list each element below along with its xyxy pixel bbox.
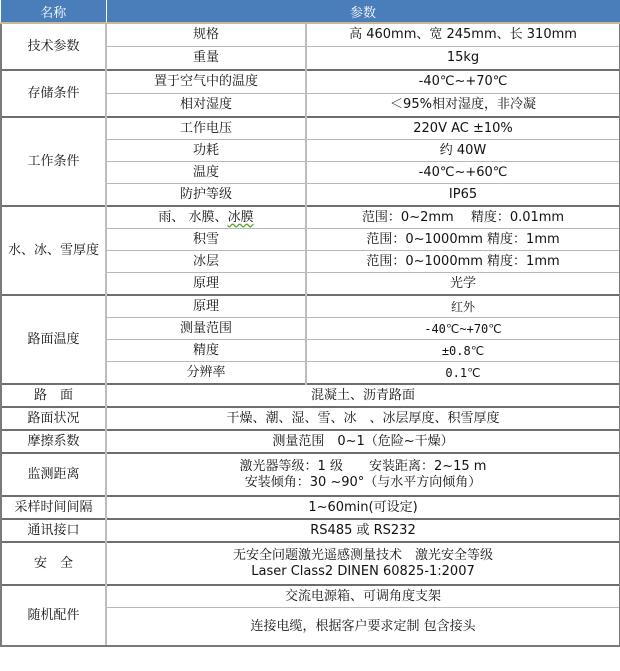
item-label: 重量 — [106, 47, 306, 71]
group-label-tech: 技术参数 — [1, 23, 106, 70]
table-row: 路 面 混凝土、沥青路面 — [1, 384, 620, 407]
item-label: 冰层 — [106, 251, 306, 273]
item-value: 红外 — [306, 295, 620, 318]
label-sampling: 采样时间间隔 — [1, 496, 106, 519]
label-interface: 通讯接口 — [1, 519, 106, 542]
item-value: -40℃~+70℃ — [306, 318, 620, 340]
value-interface: RS485 或 RS232 — [106, 519, 620, 542]
table-row: 随机配件 交流电源箱、可调角度支架 — [1, 585, 620, 608]
table-row: 水、冰、雪厚度 雨、 水膜、冰膜 范围：0~2mm 精度：0.01mm — [1, 206, 620, 229]
value-line: 无安全问题激光遥感测量技术 激光安全等级 — [111, 548, 615, 564]
table-row: 存储条件 置于空气中的温度 -40℃~+70℃ — [1, 70, 620, 94]
item-label: 分辨率 — [106, 362, 306, 385]
table-row: 采样时间间隔 1~60min(可设定) — [1, 496, 620, 519]
table-row: 摩擦系数 测量范围 0~1（危险~干燥） — [1, 430, 620, 453]
item-value: 范围：0~2mm 精度：0.01mm — [306, 206, 620, 229]
item-value: ＜95%相对湿度，非冷凝 — [306, 94, 620, 118]
value-distance: 激光器等级：1 级 安装距离：2~15 m 安装倾角：30 ~90°（与水平方向… — [106, 453, 620, 496]
item-value: -40℃~+70℃ — [306, 70, 620, 94]
item-value: 高 460mm、宽 245mm、长 310mm — [306, 23, 620, 47]
item-value: ±0.8℃ — [306, 340, 620, 362]
label-distance: 监测距离 — [1, 453, 106, 496]
item-label: 温度 — [106, 162, 306, 184]
item-value: 范围：0~1000mm 精度：1mm — [306, 229, 620, 251]
table-row: 技术参数 规格 高 460mm、宽 245mm、长 310mm — [1, 23, 620, 47]
group-label-work: 工作条件 — [1, 117, 106, 206]
item-label: 防护等级 — [106, 184, 306, 207]
item-label: 原理 — [106, 273, 306, 296]
group-label-thickness: 水、冰、雪厚度 — [1, 206, 106, 295]
group-label-road-temp: 路面温度 — [1, 295, 106, 384]
value-line: Laser Class2 DINEN 60825-1:2007 — [111, 564, 615, 580]
item-label: 雨、 水膜、冰膜 — [106, 206, 306, 229]
table-row: 路面状况 干燥、潮、湿、雪、冰 、冰层厚度、积雪厚度 — [1, 407, 620, 430]
item-label: 积雪 — [106, 229, 306, 251]
item-label: 置于空气中的温度 — [106, 70, 306, 94]
value-friction: 测量范围 0~1（危险~干燥） — [106, 430, 620, 453]
value-line: 激光器等级：1 级 安装距离：2~15 m — [111, 459, 615, 475]
table-row: 监测距离 激光器等级：1 级 安装距离：2~15 m 安装倾角：30 ~90°（… — [1, 453, 620, 496]
item-label: 相对湿度 — [106, 94, 306, 118]
item-label: 工作电压 — [106, 117, 306, 140]
value-line: 安装倾角：30 ~90°（与水平方向倾角） — [111, 475, 615, 491]
spec-table: 名称 参数 技术参数 规格 高 460mm、宽 245mm、长 310mm 重量… — [0, 0, 620, 647]
table-header: 名称 参数 — [1, 0, 620, 23]
header-name: 名称 — [1, 0, 106, 23]
item-value: 220V AC ±10% — [306, 117, 620, 140]
item-value: IP65 — [306, 184, 620, 207]
label-road-condition: 路面状况 — [1, 407, 106, 430]
item-value: 范围：0~1000mm 精度：1mm — [306, 251, 620, 273]
item-value: 0.1℃ — [306, 362, 620, 385]
item-value: 15kg — [306, 47, 620, 71]
value-accessories: 连接电缆，根据客户要求定制 包含接头 — [106, 608, 620, 647]
value-road-condition: 干燥、潮、湿、雪、冰 、冰层厚度、积雪厚度 — [106, 407, 620, 430]
item-value: 约 40W — [306, 140, 620, 162]
table-row: 安 全 无安全问题激光遥感测量技术 激光安全等级 Laser Class2 DI… — [1, 542, 620, 585]
item-value: 光学 — [306, 273, 620, 296]
item-label: 规格 — [106, 23, 306, 47]
table-row: 路面温度 原理 红外 — [1, 295, 620, 318]
item-label: 功耗 — [106, 140, 306, 162]
value-road: 混凝土、沥青路面 — [106, 384, 620, 407]
label-accessories: 随机配件 — [1, 585, 106, 646]
value-sampling: 1~60min(可设定) — [106, 496, 620, 519]
label-safety: 安 全 — [1, 542, 106, 585]
value-safety: 无安全问题激光遥感测量技术 激光安全等级 Laser Class2 DINEN … — [106, 542, 620, 585]
table-row: 工作条件 工作电压 220V AC ±10% — [1, 117, 620, 140]
group-label-storage: 存储条件 — [1, 70, 106, 117]
label-friction: 摩擦系数 — [1, 430, 106, 453]
item-label-part: 雨、 水膜、 — [158, 210, 227, 225]
header-params: 参数 — [106, 0, 620, 23]
item-label: 精度 — [106, 340, 306, 362]
spellcheck-underlined-text: 冰膜 — [228, 210, 254, 225]
table-row: 通讯接口 RS485 或 RS232 — [1, 519, 620, 542]
item-label: 原理 — [106, 295, 306, 318]
item-label: 测量范围 — [106, 318, 306, 340]
value-accessories: 交流电源箱、可调角度支架 — [106, 585, 620, 608]
item-value: -40℃~+60℃ — [306, 162, 620, 184]
label-road: 路 面 — [1, 384, 106, 407]
